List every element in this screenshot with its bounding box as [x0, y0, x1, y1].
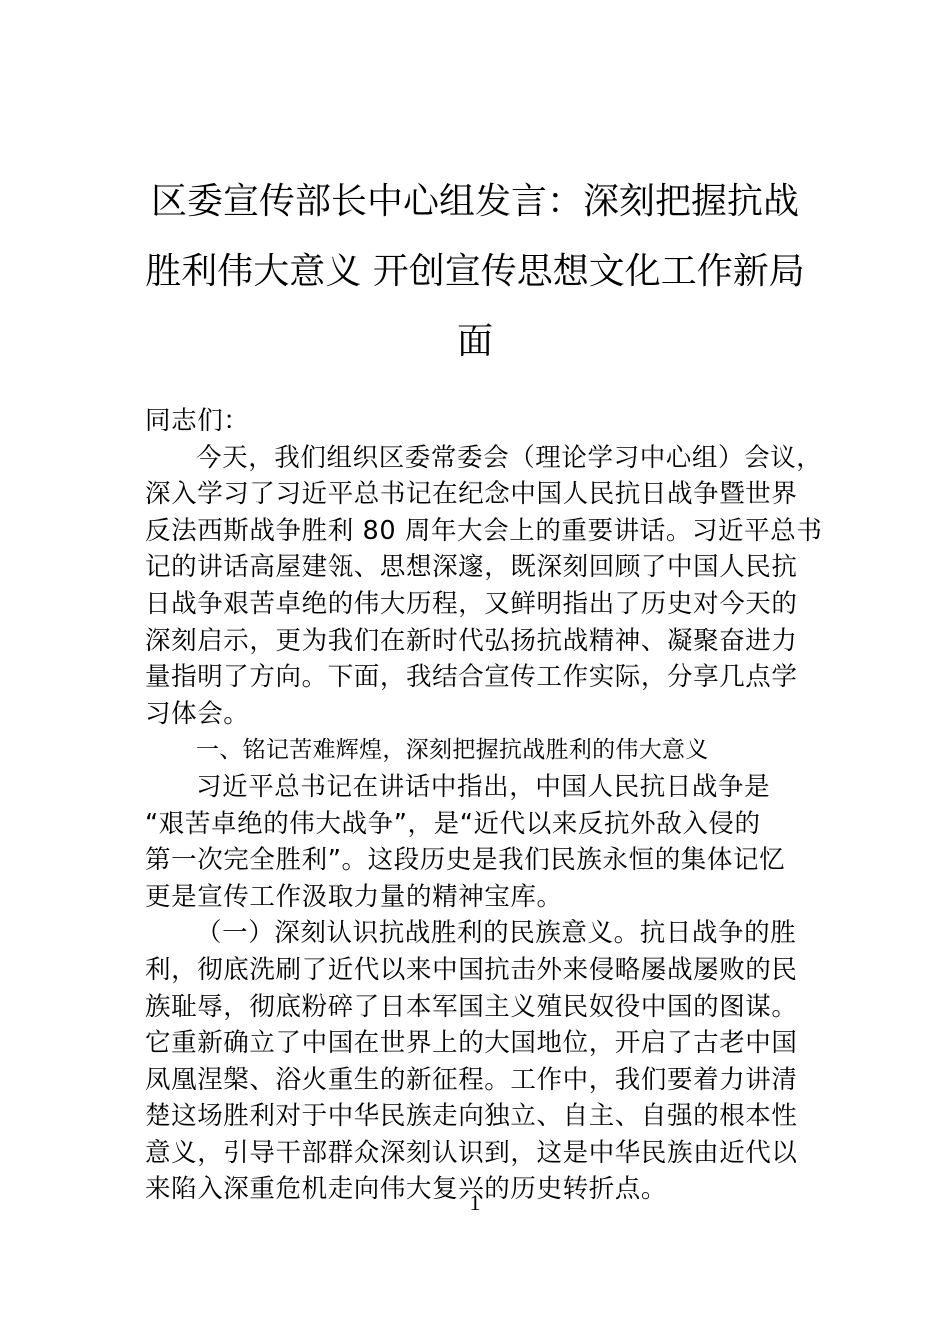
paragraph-line: 反法西斯战争胜利 80 周年大会上的重要讲话。习近平总书	[145, 513, 845, 550]
document-title: 区委宣传部长中心组发言：深刻把握抗战 胜利伟大意义 开创宣传思想文化工作新局 面	[120, 167, 830, 377]
document-body: 同志们： 今天，我们组织区委常委会（理论学习中心组）会议， 深入学习了习近平总书…	[145, 403, 845, 1208]
paragraph-line: 记的讲话高屋建瓴、思想深邃，既深刻回顾了中国人民抗	[145, 549, 845, 586]
paragraph-line: “艰苦卓绝的伟大战争”，是“近代以来反抗外敌入侵的	[145, 806, 845, 843]
title-line: 胜利伟大意义 开创宣传思想文化工作新局	[120, 237, 830, 307]
section-heading-line: 一、铭记苦难辉煌，深刻把握抗战胜利的伟大意义	[145, 732, 845, 769]
paragraph-line: 利，彻底洗刷了近代以来中国抗击外来侵略屡战屡败的民	[145, 952, 845, 989]
title-line: 区委宣传部长中心组发言：深刻把握抗战	[120, 167, 830, 237]
paragraph-line: 更是宣传工作汲取力量的精神宝库。	[145, 879, 845, 916]
paragraph-line: 意义，引导干部群众深刻认识到，这是中华民族由近代以	[145, 1135, 845, 1172]
paragraph-line: 习近平总书记在讲话中指出，中国人民抗日战争是	[145, 769, 845, 806]
paragraph-speech-quote: 习近平总书记在讲话中指出，中国人民抗日战争是 “艰苦卓绝的伟大战争”，是“近代以…	[145, 769, 845, 915]
paragraph-line: 日战争艰苦卓绝的伟大历程，又鲜明指出了历史对今天的	[145, 586, 845, 623]
document-page: 区委宣传部长中心组发言：深刻把握抗战 胜利伟大意义 开创宣传思想文化工作新局 面…	[0, 0, 950, 1344]
paragraph-line: （一）深刻认识抗战胜利的民族意义。抗日战争的胜	[145, 915, 845, 952]
paragraph-line: 今天，我们组织区委常委会（理论学习中心组）会议，	[145, 440, 845, 477]
paragraph-line: 族耻辱，彻底粉碎了日本军国主义殖民奴役中国的图谋。	[145, 989, 845, 1026]
paragraph-line: 深刻启示，更为我们在新时代弘扬抗战精神、凝聚奋进力	[145, 623, 845, 660]
paragraph-line: 第一次完全胜利”。这段历史是我们民族永恒的集体记忆	[145, 842, 845, 879]
paragraph-line: 深入学习了习近平总书记在纪念中国人民抗日战争暨世界	[145, 476, 845, 513]
page-number: 1	[0, 1188, 950, 1218]
title-line: 面	[120, 307, 830, 377]
paragraph-line: 量指明了方向。下面，我结合宣传工作实际，分享几点学	[145, 659, 845, 696]
paragraph-line: 凤凰涅槃、浴火重生的新征程。工作中，我们要着力讲清	[145, 1062, 845, 1099]
paragraph-intro: 今天，我们组织区委常委会（理论学习中心组）会议， 深入学习了习近平总书记在纪念中…	[145, 440, 845, 733]
section-heading: 一、铭记苦难辉煌，深刻把握抗战胜利的伟大意义	[145, 732, 845, 769]
paragraph-line: 习体会。	[145, 696, 845, 733]
paragraph-line: 它重新确立了中国在世界上的大国地位，开启了古老中国	[145, 1025, 845, 1062]
paragraph-national-significance: （一）深刻认识抗战胜利的民族意义。抗日战争的胜 利，彻底洗刷了近代以来中国抗击外…	[145, 915, 845, 1208]
paragraph-line: 楚这场胜利对于中华民族走向独立、自主、自强的根本性	[145, 1098, 845, 1135]
salutation: 同志们：	[145, 403, 845, 440]
